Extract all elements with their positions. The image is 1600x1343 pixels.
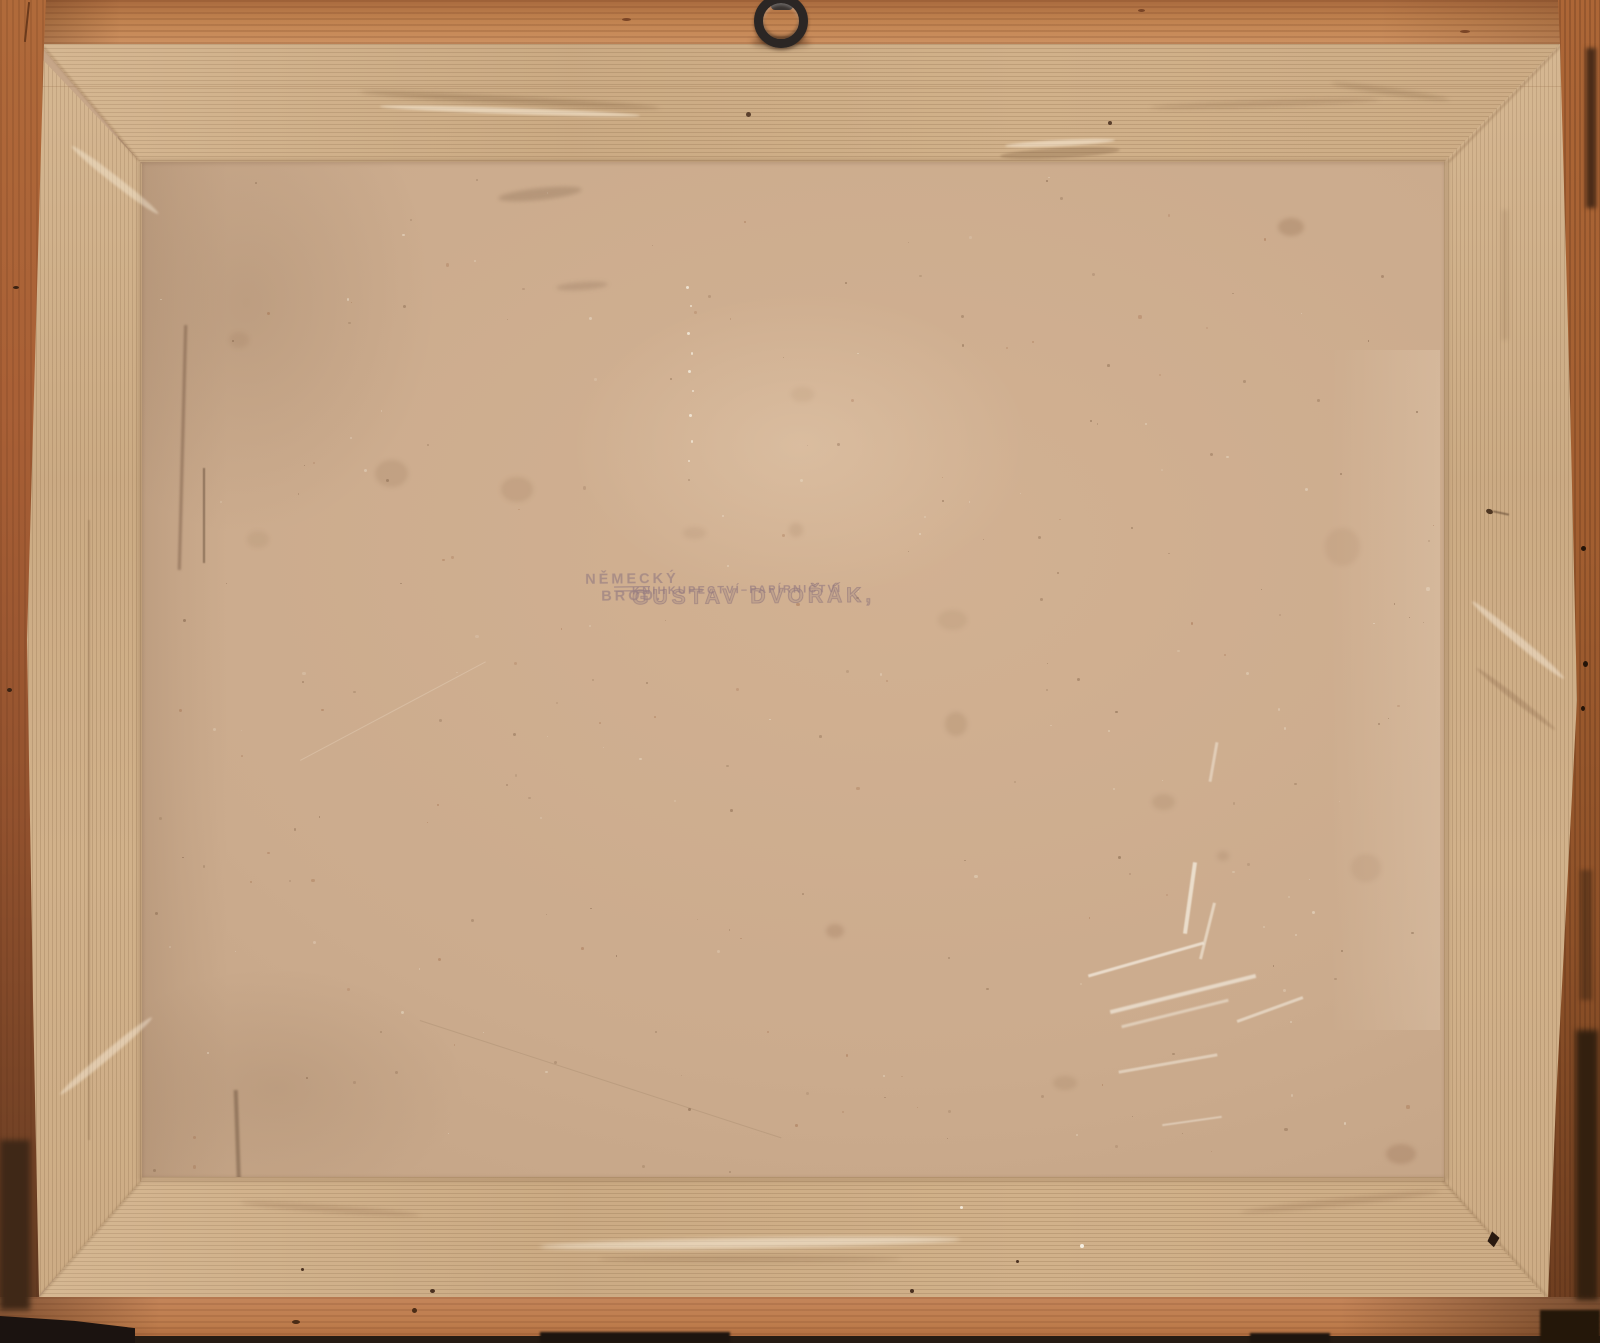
speck [708, 295, 711, 298]
speck [348, 322, 351, 325]
speck [1080, 983, 1082, 985]
speck [506, 784, 508, 786]
speck [347, 988, 350, 991]
speck [528, 797, 530, 799]
speck [1076, 1134, 1078, 1136]
speck [381, 410, 382, 411]
speck [697, 919, 698, 920]
speck [1132, 1116, 1133, 1117]
speck [235, 951, 236, 952]
speck [688, 479, 690, 481]
speck [1048, 177, 1050, 179]
speck [427, 444, 429, 446]
speck [948, 957, 950, 959]
speck [247, 531, 269, 547]
speck [1006, 347, 1008, 349]
speck [729, 929, 730, 930]
speck [298, 493, 300, 495]
speck [639, 758, 642, 761]
speck [947, 1138, 948, 1139]
speck [1278, 708, 1280, 710]
speck [1046, 689, 1048, 691]
speck [1243, 380, 1246, 383]
speck [961, 315, 964, 318]
speck [1166, 894, 1168, 896]
speck [917, 1107, 918, 1108]
speck [856, 787, 859, 790]
speck [437, 804, 438, 805]
speck [901, 1076, 903, 1078]
speck [1059, 519, 1061, 521]
speck [193, 1136, 196, 1139]
speck [1046, 180, 1047, 181]
speck [513, 733, 516, 736]
speck [514, 662, 517, 665]
speck [729, 1171, 731, 1173]
speck [561, 628, 563, 630]
speck [1168, 553, 1170, 555]
speck [581, 947, 584, 950]
speck [155, 912, 158, 915]
speck [983, 539, 985, 541]
speck [846, 1054, 848, 1056]
speck [321, 709, 324, 712]
speck [767, 1031, 769, 1033]
speck [501, 477, 533, 502]
speck [255, 182, 257, 184]
speck [232, 340, 234, 342]
speck [1047, 663, 1049, 665]
speck [969, 236, 972, 239]
speck [289, 880, 291, 882]
speck [744, 221, 746, 223]
speck [616, 955, 617, 956]
speck [938, 610, 967, 630]
speck [1217, 851, 1229, 861]
speck [945, 712, 967, 736]
speck [226, 583, 227, 584]
speck [1159, 374, 1161, 376]
speck [160, 299, 162, 301]
speck [1339, 801, 1340, 802]
speck [1416, 411, 1417, 412]
speck [599, 722, 601, 724]
speck [1115, 711, 1117, 713]
speck [1168, 214, 1171, 217]
speck [380, 1031, 382, 1033]
speck [353, 1081, 356, 1084]
kraft-tape-left [24, 40, 142, 1301]
speck [313, 941, 316, 944]
speck [603, 747, 604, 748]
speck [169, 946, 171, 948]
speck [1247, 863, 1250, 866]
speck [1162, 780, 1163, 781]
speck [1301, 313, 1302, 314]
speck [1177, 650, 1180, 653]
speck [1388, 718, 1389, 719]
speck [507, 319, 508, 320]
speck [1426, 587, 1429, 590]
speck [401, 1011, 404, 1014]
speck [1232, 293, 1233, 294]
speck [547, 736, 548, 737]
speck [1232, 871, 1235, 874]
speck [1224, 654, 1226, 656]
speck [1020, 493, 1021, 494]
speck [1090, 420, 1092, 422]
speck [851, 399, 854, 402]
speck [1290, 1021, 1292, 1023]
speck [448, 1133, 449, 1134]
speck [789, 523, 803, 536]
speck [908, 242, 909, 243]
speck [1261, 589, 1262, 590]
speck [1118, 856, 1121, 859]
kraft-tape-top [36, 40, 1566, 162]
speck [419, 968, 421, 970]
speck [522, 288, 525, 291]
stamp-rule-right [614, 586, 650, 591]
speck [1152, 794, 1175, 810]
speck [1057, 572, 1060, 575]
speck [974, 875, 977, 878]
speck [400, 583, 402, 585]
speck [842, 1111, 844, 1113]
speck [1182, 1133, 1183, 1134]
speck [642, 1165, 645, 1168]
speck [962, 344, 964, 346]
speck [1038, 536, 1041, 539]
speck [1129, 873, 1131, 875]
speck [845, 282, 847, 284]
speck [545, 1071, 548, 1074]
speck [1309, 879, 1310, 880]
speck [1341, 950, 1343, 952]
speck [969, 501, 971, 503]
speck [942, 477, 943, 478]
bottom-shadow-edge [0, 1336, 1600, 1343]
speck [592, 679, 594, 681]
speck [1273, 965, 1274, 966]
speck [1428, 540, 1430, 542]
speck [364, 469, 367, 472]
speck [1325, 528, 1360, 566]
speck [241, 755, 243, 757]
speck [727, 565, 729, 567]
speck [427, 822, 429, 824]
speck [306, 1077, 308, 1079]
speck [1226, 456, 1228, 458]
speck [475, 635, 478, 638]
speck [1115, 1145, 1118, 1148]
speck [1041, 1095, 1044, 1098]
speck [880, 673, 882, 675]
speck [474, 260, 476, 262]
speck [726, 765, 729, 768]
speck [908, 551, 909, 552]
speck [350, 437, 352, 439]
speck [795, 1124, 798, 1127]
speck [589, 625, 591, 627]
speck [1351, 854, 1381, 883]
speck [547, 192, 549, 194]
speck [654, 716, 656, 718]
speck [942, 500, 944, 502]
speck [402, 234, 405, 237]
speck [1210, 453, 1213, 456]
speck [1344, 1122, 1347, 1125]
speck [395, 1071, 398, 1074]
speck [1172, 1053, 1174, 1055]
speck [948, 1110, 951, 1113]
speck [688, 1108, 691, 1111]
speck [1378, 723, 1380, 725]
speck [769, 719, 771, 721]
speck [515, 774, 518, 777]
speck [919, 533, 921, 535]
speck [1102, 1084, 1104, 1086]
speck [1305, 488, 1308, 491]
speck [1279, 614, 1281, 616]
speck [294, 828, 296, 830]
speck [807, 445, 808, 446]
speck [783, 357, 785, 359]
speck [1097, 423, 1098, 424]
speck [546, 914, 547, 915]
speck [1138, 315, 1141, 318]
speck [302, 672, 305, 675]
speck [1312, 911, 1315, 914]
speck [1050, 725, 1052, 727]
speck [1373, 623, 1374, 624]
speck [1145, 423, 1146, 424]
speck [1264, 238, 1267, 241]
speck [159, 817, 162, 820]
backing-texture [0, 0, 1600, 1343]
speck [220, 501, 222, 503]
speck [540, 817, 542, 819]
speck [646, 682, 648, 684]
speck [819, 735, 822, 738]
speck [182, 857, 184, 859]
speck [883, 1075, 885, 1077]
speck [456, 672, 458, 674]
speck [554, 1061, 557, 1064]
speck [483, 1032, 484, 1033]
speck [1368, 340, 1370, 342]
speck [267, 312, 270, 315]
speck [1295, 934, 1297, 936]
speck [1032, 341, 1033, 342]
speck [454, 1044, 456, 1046]
speck [1108, 730, 1110, 732]
speck [386, 479, 389, 482]
speck [193, 1165, 196, 1168]
speck [1288, 896, 1290, 898]
speck [153, 1169, 156, 1172]
speck [665, 620, 666, 621]
speck [594, 378, 596, 380]
speck [884, 1097, 886, 1099]
speck [1406, 1105, 1409, 1108]
speck [446, 263, 449, 266]
speck [986, 988, 988, 990]
speck [791, 387, 813, 403]
speck [683, 527, 706, 539]
speck [241, 730, 243, 732]
speck [681, 1075, 683, 1077]
speck [589, 317, 592, 320]
speck [924, 516, 926, 518]
speck [313, 462, 315, 464]
speck [183, 619, 186, 622]
speck [203, 865, 206, 868]
speck [439, 719, 442, 722]
speck [1191, 622, 1194, 625]
speck [857, 353, 859, 355]
speck [1092, 273, 1095, 276]
speck [1334, 978, 1337, 981]
speck [403, 305, 406, 308]
speck [1291, 1094, 1293, 1096]
speck [1211, 1151, 1212, 1152]
speck [1077, 678, 1080, 681]
speck [1409, 617, 1410, 618]
speck [250, 881, 253, 884]
speck [590, 908, 591, 909]
speck [267, 852, 269, 854]
speck [351, 302, 353, 304]
speck [919, 275, 922, 278]
speck [1233, 802, 1235, 804]
speck [886, 680, 888, 682]
speck [655, 1031, 657, 1033]
speck [722, 515, 724, 517]
speck [1284, 1128, 1287, 1131]
speck [311, 879, 314, 882]
speck [451, 556, 453, 558]
speck [717, 950, 720, 953]
speck [1411, 932, 1413, 934]
speck [652, 245, 653, 246]
speck [1263, 926, 1265, 928]
speck [1113, 788, 1115, 790]
speck [730, 809, 733, 812]
speck [1381, 275, 1384, 278]
speck [471, 919, 474, 922]
speck [782, 534, 785, 537]
speck [964, 860, 965, 861]
speck [229, 332, 248, 348]
speck [1294, 783, 1296, 785]
speck [1394, 603, 1396, 605]
speck [1060, 197, 1063, 200]
speck [353, 691, 355, 693]
speck [1246, 672, 1249, 675]
speck [442, 559, 445, 562]
speck [1433, 525, 1434, 526]
speck [1053, 1076, 1076, 1090]
speck [1423, 622, 1424, 623]
speck [1107, 364, 1110, 367]
frame-back-photo: KNIHKUPECTVÍ–PAPÍRNICTVÍ GUSTAV DVOŘÁK, … [0, 0, 1600, 1343]
speck [213, 728, 216, 731]
speck [1089, 917, 1091, 919]
speck [302, 681, 304, 683]
speck [1397, 705, 1399, 707]
speck [375, 460, 407, 487]
speck [806, 1092, 809, 1095]
speck [1040, 598, 1043, 601]
speck [347, 298, 350, 301]
speck [736, 688, 739, 691]
speck [1284, 727, 1287, 730]
speck [674, 800, 676, 802]
speck [1206, 327, 1208, 329]
speck [694, 311, 697, 314]
speck [1131, 527, 1133, 529]
speck [410, 219, 412, 221]
speck [670, 378, 672, 380]
speck [179, 709, 182, 712]
speck [1161, 469, 1163, 471]
speck [846, 670, 849, 673]
speck [518, 509, 520, 511]
speck [837, 443, 840, 446]
kraft-tape-bottom [36, 1177, 1566, 1301]
speck [802, 893, 804, 895]
speck [319, 816, 321, 818]
speck [1317, 399, 1320, 402]
speck [476, 179, 478, 181]
speck [207, 1052, 209, 1054]
speck [438, 958, 441, 961]
speck [740, 938, 741, 939]
speck [1340, 473, 1342, 475]
speck [1283, 989, 1286, 992]
speck [800, 479, 803, 482]
speck [304, 465, 305, 466]
speck [583, 486, 586, 489]
speck [556, 702, 558, 704]
speck [1014, 781, 1016, 783]
speck [730, 318, 731, 319]
